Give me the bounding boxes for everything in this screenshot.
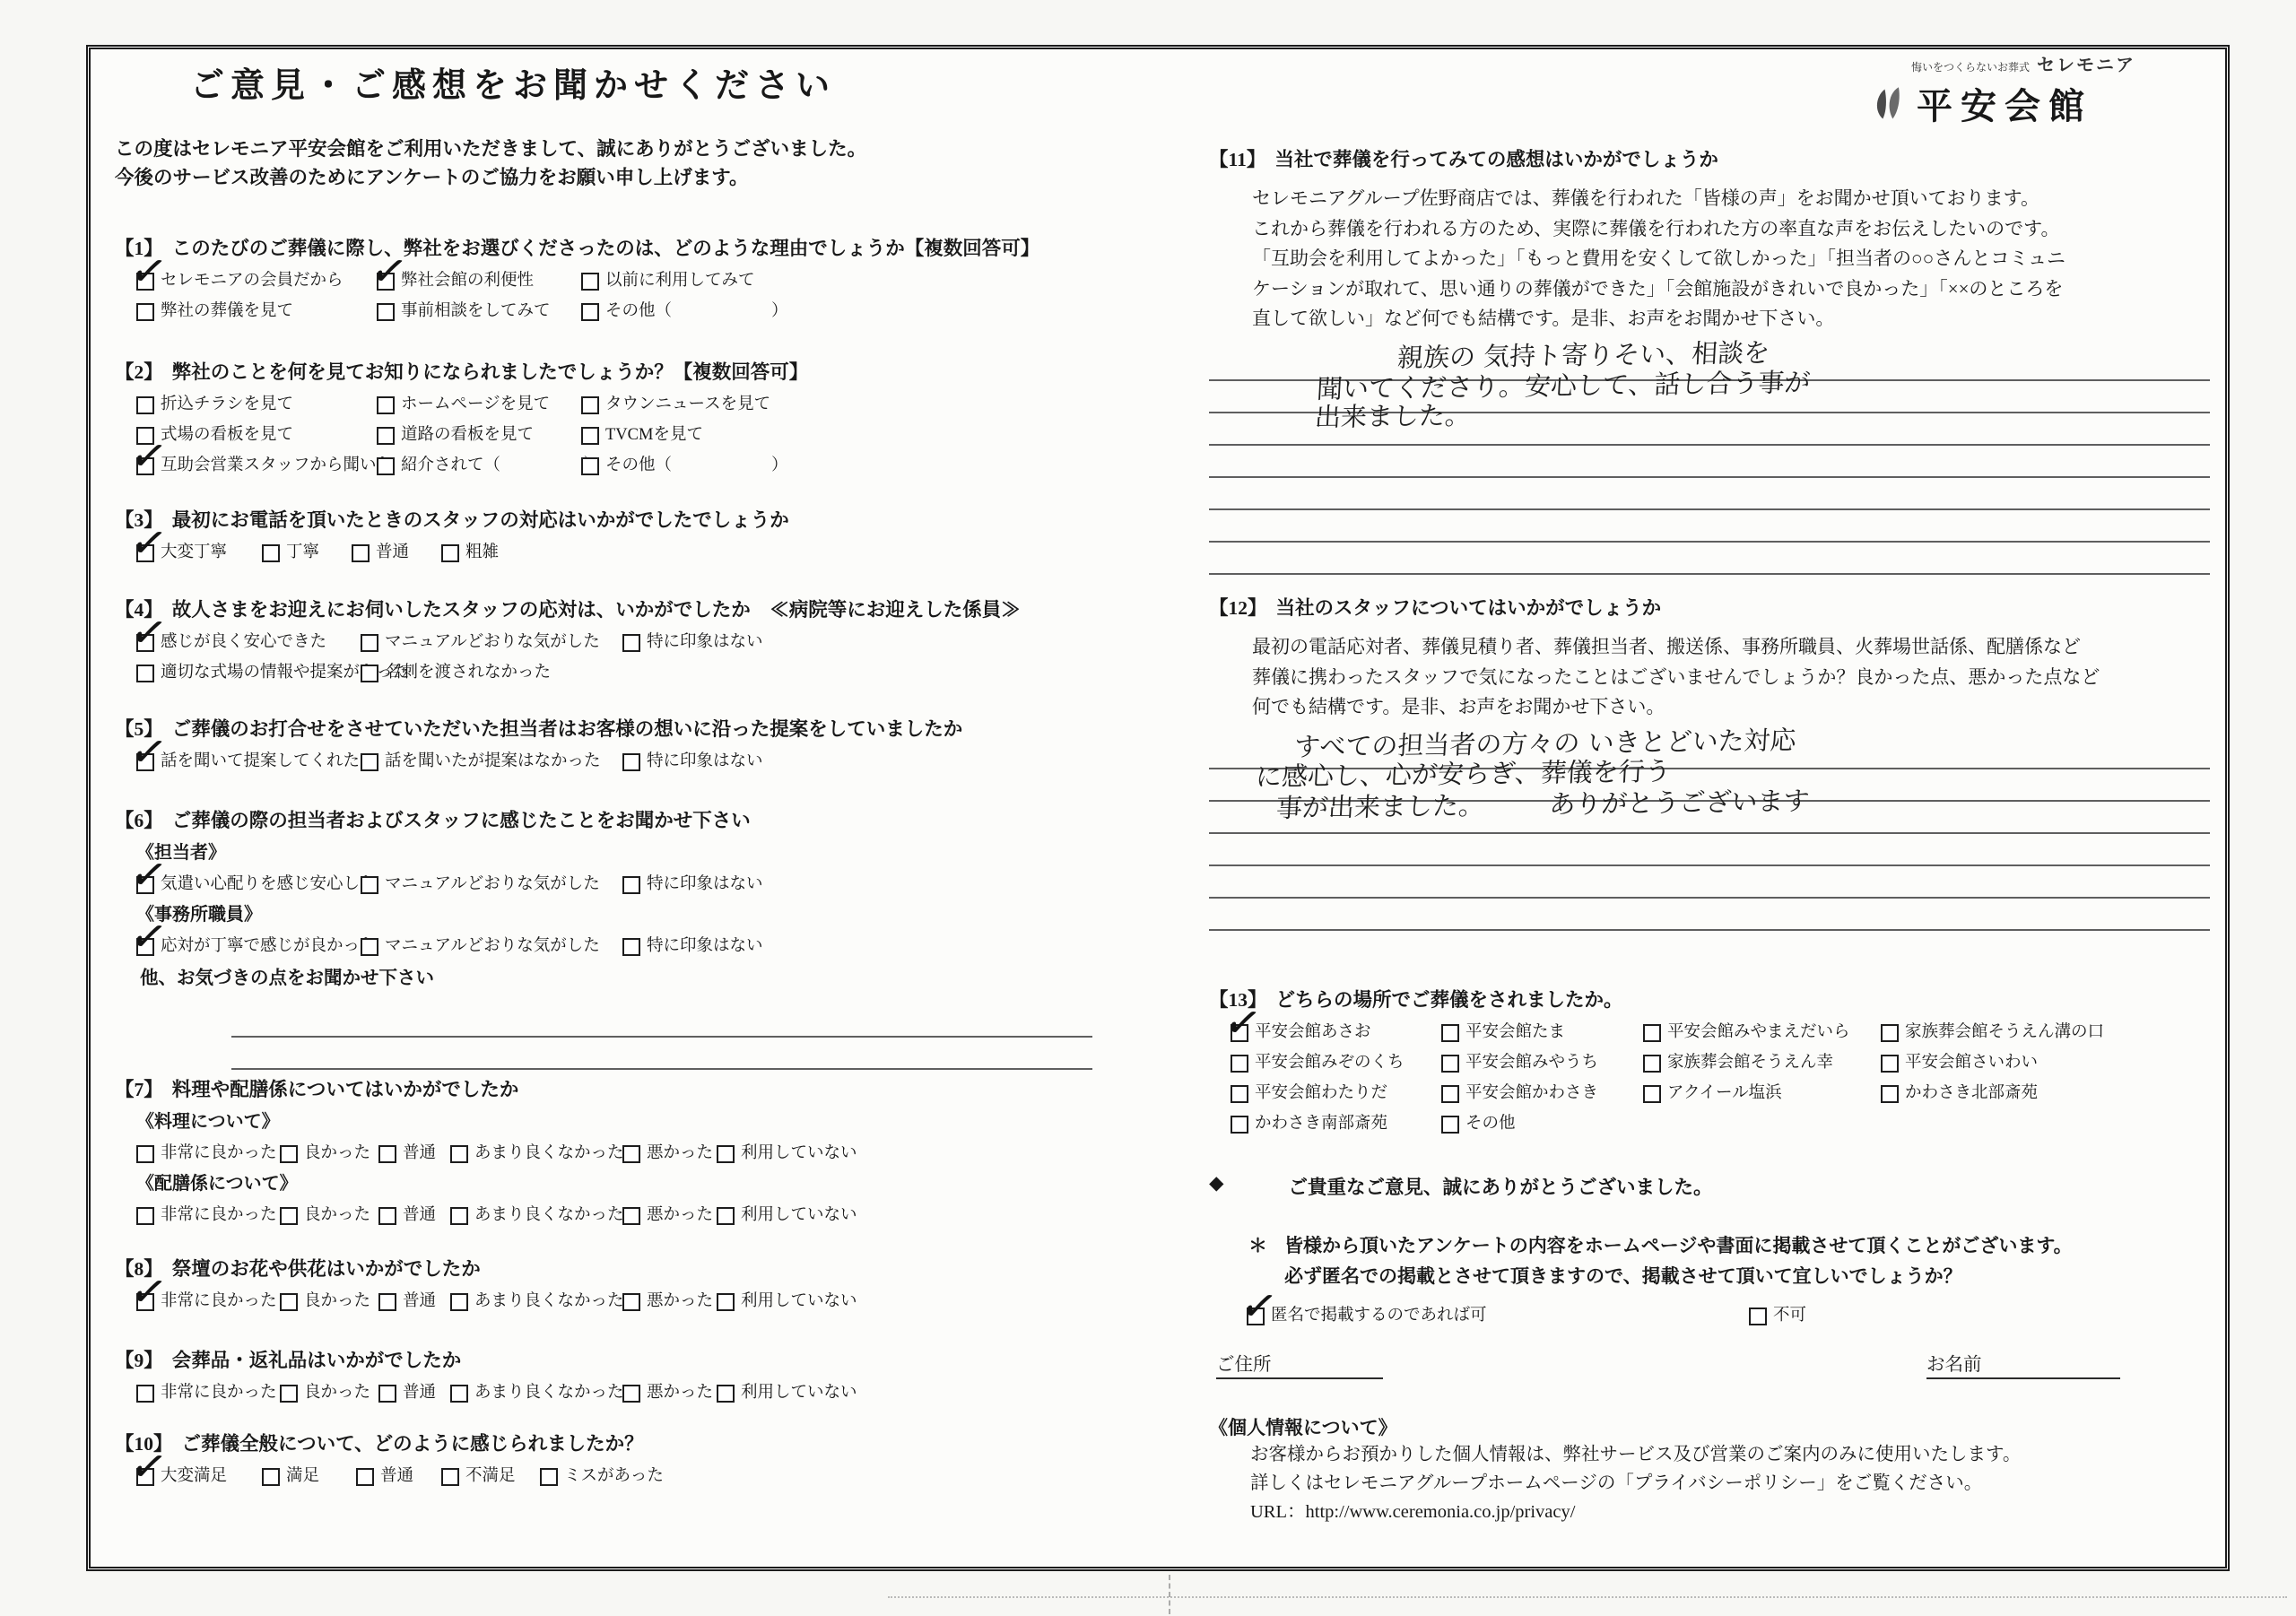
- question-number: 【13】: [1209, 986, 1267, 1013]
- option[interactable]: 非常に良かった: [136, 1203, 280, 1227]
- checkbox[interactable]: [1441, 1055, 1459, 1073]
- checkbox[interactable]: [717, 1293, 735, 1311]
- checkbox[interactable]: [1231, 1116, 1248, 1134]
- checkbox-checked[interactable]: ✓: [377, 273, 395, 291]
- option[interactable]: 良かった: [280, 1203, 378, 1227]
- option[interactable]: 道路の看板を見て: [377, 423, 581, 447]
- option[interactable]: その他（ ）: [581, 300, 832, 323]
- option-label: 家族葬会館そうえん溝の口: [1905, 1021, 2104, 1044]
- description-line: これから葬儀を行われる方のため、実際に葬儀を行われた方の率直な声をお伝えしたいの…: [1252, 214, 2210, 245]
- option-label: 平安会館あさお: [1255, 1021, 1371, 1044]
- option[interactable]: 紹介されて（ ）: [377, 454, 581, 477]
- option[interactable]: あまり良くなかった: [450, 1381, 622, 1404]
- option-checked[interactable]: ✓互助会営業スタッフから聞いた: [136, 454, 377, 477]
- description-line: 直して欲しい」など何でも結構です。是非、お声をお聞かせ下さい。: [1252, 304, 2210, 334]
- option[interactable]: あまり良くなかった: [450, 1203, 622, 1227]
- option-label: あまり良くなかった: [474, 1290, 624, 1313]
- address-field-group: ご住所: [1216, 1349, 1383, 1379]
- checkbox[interactable]: [361, 876, 378, 894]
- brand-name-small: セレモニア: [2037, 56, 2135, 75]
- publish-note-text: 皆様から頂いたアンケートの内容をホームページや書面に掲載させて頂くことがございま…: [1284, 1235, 2073, 1256]
- option-label: 利用していない: [741, 1203, 857, 1227]
- ruled-line[interactable]: [1209, 899, 2210, 931]
- option[interactable]: 良かった: [280, 1142, 378, 1165]
- option[interactable]: その他: [1441, 1112, 1643, 1135]
- option-label: 不可: [1773, 1304, 1806, 1327]
- checkbox[interactable]: [377, 457, 395, 475]
- question-title: 当社のスタッフについてはいかがでしょうか: [1276, 595, 1662, 621]
- description-line: 「互助会を利用してよかった」「もっと費用を安くして欲しかった」「担当者の○○さん…: [1252, 244, 2210, 274]
- checkbox-checked[interactable]: ✓: [136, 1293, 154, 1311]
- option[interactable]: 平安会館みぞのくち: [1231, 1051, 1441, 1074]
- checkbox-checked[interactable]: ✓: [1231, 1024, 1248, 1042]
- option[interactable]: 普通: [378, 1381, 450, 1404]
- option-row: ✓大変満足満足普通不満足ミスがあった: [136, 1464, 1146, 1488]
- checkbox[interactable]: [450, 1385, 468, 1403]
- option-label: 特に印象はない: [647, 873, 763, 896]
- checkbox-checked[interactable]: ✓: [136, 753, 154, 771]
- question-q1: 【1】このたびのご葬儀に際し、弊社をお選びくださったのは、どのような理由でしょう…: [115, 235, 1146, 323]
- option[interactable]: あまり良くなかった: [450, 1290, 622, 1313]
- option[interactable]: 普通: [378, 1290, 450, 1313]
- subheading: 《配膳係について》: [136, 1172, 1146, 1196]
- checkbox[interactable]: [1441, 1024, 1459, 1042]
- option-label: ホームページを見て: [401, 393, 550, 416]
- privacy-heading: 《個人情報について》: [1209, 1413, 2210, 1440]
- option-label: 普通: [376, 541, 409, 564]
- question-title: 故人さまをお迎えにお伺いしたスタッフの応対は、いかがでしたか ≪病院等にお迎えし…: [172, 596, 1021, 623]
- option[interactable]: 事前相談をしてみて: [377, 300, 581, 323]
- checkbox[interactable]: [1231, 1085, 1248, 1103]
- option[interactable]: 式場の看板を見て: [136, 423, 377, 447]
- checkbox[interactable]: [136, 1145, 154, 1163]
- option[interactable]: マニュアルどおりな気がした: [361, 630, 622, 654]
- option[interactable]: 普通: [356, 1464, 441, 1488]
- option[interactable]: ミスがあった: [540, 1464, 701, 1488]
- option[interactable]: 利用していない: [717, 1203, 860, 1227]
- checkbox[interactable]: [622, 1293, 640, 1311]
- checkbox[interactable]: [581, 396, 599, 414]
- option[interactable]: あまり良くなかった: [450, 1142, 622, 1165]
- checkbox[interactable]: [622, 1207, 640, 1225]
- name-field-group: お名前: [1926, 1349, 2120, 1379]
- question-q3: 【3】最初にお電話を頂いたときのスタッフの対応はいかがでしたでしょうか✓大変丁寧…: [115, 507, 1146, 564]
- intro-line: 今後のサービス改善のためにアンケートのご協力をお願い申し上げます。: [115, 163, 866, 192]
- writing-area: [231, 1005, 1092, 1070]
- checkbox[interactable]: [1231, 1055, 1248, 1073]
- question-q13: 【13】どちらの場所でご葬儀をされましたか。✓平安会館あさお平安会館たま平安会館…: [1209, 986, 2210, 1135]
- name-label: お名前: [1926, 1349, 1986, 1379]
- checkbox[interactable]: [377, 396, 395, 414]
- checkbox[interactable]: [356, 1468, 374, 1486]
- option-label: 普通: [380, 1464, 413, 1488]
- checkbox-checked[interactable]: ✓: [1247, 1308, 1265, 1325]
- question-number: 【10】: [115, 1430, 173, 1457]
- asterisk-icon: ＊: [1248, 1230, 1267, 1261]
- checkbox[interactable]: [622, 1385, 640, 1403]
- option-label: 話を聞いたが提案はなかった: [385, 750, 601, 773]
- fold-line: [1169, 1575, 1170, 1614]
- question-title: 祭壇のお花や供花はいかがでしたか: [172, 1255, 481, 1282]
- checkbox[interactable]: [136, 1207, 154, 1225]
- checkbox[interactable]: [441, 1468, 459, 1486]
- checkbox[interactable]: [1749, 1308, 1767, 1325]
- brand-logo: 悔いをつくらないお葬式セレモニア 平安会館: [1870, 50, 2211, 129]
- question-title: 会葬品・返礼品はいかがでしたか: [172, 1347, 462, 1374]
- option[interactable]: マニュアルどおりな気がした: [361, 873, 622, 896]
- checkbox[interactable]: [377, 427, 395, 445]
- option-row: かわさき南部斎苑その他: [1231, 1112, 2210, 1135]
- question-number: 【3】: [115, 507, 163, 534]
- option[interactable]: 平安会館みやまえだいら: [1643, 1021, 1881, 1044]
- checkbox[interactable]: [136, 1385, 154, 1403]
- question-heading: 【10】ご葬儀全般について、どのように感じられましたか？: [115, 1430, 1146, 1457]
- question-description: 最初の電話応対者、葬儀見積り者、葬儀担当者、搬送係、事務所職員、火葬場世話係、配…: [1252, 632, 2210, 723]
- privacy-line: 詳しくはセレモニアグループホームページの「プライバシーポリシー」をご覧ください。: [1250, 1469, 2210, 1498]
- checkbox[interactable]: [622, 876, 640, 894]
- option-label: アクイール塩浜: [1667, 1082, 1782, 1105]
- option-label: 良かった: [304, 1203, 370, 1227]
- brand-hall-name: 平安会館: [1917, 78, 2092, 129]
- ruled-line[interactable]: [1209, 834, 2210, 866]
- leaf-crest-icon: [1870, 84, 1909, 124]
- handwriting-line: すべての担当者の方々の いきとどいた対応: [1293, 725, 1796, 762]
- option-row: 非常に良かった良かった普通あまり良くなかった悪かった利用していない: [136, 1381, 1146, 1404]
- option-label: 平安会館さいわい: [1905, 1051, 2038, 1074]
- ruled-line[interactable]: [1209, 543, 2210, 575]
- checkbox[interactable]: [450, 1145, 468, 1163]
- name-input-line[interactable]: [1986, 1354, 2120, 1379]
- question-heading: 【3】最初にお電話を頂いたときのスタッフの対応はいかがでしたでしょうか: [115, 507, 1146, 534]
- option[interactable]: 不満足: [441, 1464, 540, 1488]
- option[interactable]: 家族葬会館そうえん幸: [1643, 1051, 1881, 1074]
- option[interactable]: 非常に良かった: [136, 1142, 280, 1165]
- question-title: ご葬儀全般について、どのように感じられましたか？: [182, 1430, 644, 1457]
- checkbox-checked[interactable]: ✓: [136, 457, 154, 475]
- option-label: 気遣い心配りを感じ安心した: [161, 873, 377, 896]
- description-line: 最初の電話応対者、葬儀見積り者、葬儀担当者、搬送係、事務所職員、火葬場世話係、配…: [1252, 632, 2210, 663]
- writing-area: すべての担当者の方々の いきとどいた対応に感心し、心が安らぎ、葬儀を行う事が出来…: [1209, 737, 2210, 931]
- ruled-line[interactable]: [1209, 478, 2210, 510]
- ruled-line[interactable]: [1209, 446, 2210, 478]
- checkbox[interactable]: [581, 273, 599, 291]
- option[interactable]: 満足: [262, 1464, 356, 1488]
- option-row: 平安会館みぞのくち平安会館みやうち家族葬会館そうえん幸平安会館さいわい: [1231, 1051, 2210, 1074]
- checkbox[interactable]: [1881, 1055, 1899, 1073]
- checkbox[interactable]: [378, 1145, 396, 1163]
- checkbox[interactable]: [136, 303, 154, 321]
- option-anonymous-ok[interactable]: ✓ 匿名で掲載するのであれば可: [1247, 1304, 1749, 1327]
- checkbox[interactable]: [378, 1293, 396, 1311]
- address-input-line[interactable]: [1275, 1354, 1383, 1379]
- checkbox[interactable]: [622, 753, 640, 771]
- checkbox-checked[interactable]: ✓: [136, 273, 154, 291]
- option[interactable]: TVCMを見て: [581, 423, 832, 447]
- checkbox[interactable]: [1441, 1116, 1459, 1134]
- question-title: ご葬儀のお打合せをさせていただいた担当者はお客様の想いに沿った提案をしていました…: [172, 716, 963, 743]
- option-label: 感じが良く安心できた: [161, 630, 326, 654]
- option[interactable]: 平安会館たま: [1441, 1021, 1643, 1044]
- question-q2: 【2】弊社のことを何を見てお知りになられましたでしょうか？【複数回答可】折込チラ…: [115, 359, 1146, 477]
- checkbox[interactable]: [1881, 1085, 1899, 1103]
- option[interactable]: 利用していない: [717, 1142, 860, 1165]
- option[interactable]: 特に印象はない: [622, 873, 820, 896]
- option-label: 弊社会館の利便性: [401, 269, 534, 292]
- option[interactable]: 良かった: [280, 1381, 378, 1404]
- option-row: 非常に良かった良かった普通あまり良くなかった悪かった利用していない: [136, 1142, 1146, 1165]
- question-q12: 【12】当社のスタッフについてはいかがでしょうか最初の電話応対者、葬儀見積り者、…: [1209, 595, 2210, 931]
- checkbox[interactable]: [717, 1207, 735, 1225]
- option-checked[interactable]: ✓平安会館あさお: [1231, 1021, 1441, 1044]
- option[interactable]: 悪かった: [622, 1290, 717, 1313]
- checkbox[interactable]: [280, 1145, 298, 1163]
- address-label: ご住所: [1216, 1349, 1275, 1379]
- option-checked[interactable]: ✓応対が丁寧で感じが良かった: [136, 934, 361, 958]
- checkbox[interactable]: [1881, 1024, 1899, 1042]
- question-number: 【7】: [115, 1076, 163, 1103]
- option[interactable]: 普通: [378, 1203, 450, 1227]
- option-label: セレモニアの会員だから: [161, 269, 344, 292]
- option-label: あまり良くなかった: [474, 1203, 624, 1227]
- ruled-line[interactable]: [1209, 510, 2210, 543]
- option-label: 式場の看板を見て: [161, 423, 293, 447]
- question-title: 料理や配膳係についてはいかがでしたか: [172, 1076, 519, 1103]
- option[interactable]: 特に印象はない: [622, 630, 820, 654]
- option[interactable]: 以前に利用してみて: [581, 269, 832, 292]
- option[interactable]: 特に印象はない: [622, 934, 820, 958]
- option[interactable]: かわさき南部斎苑: [1231, 1112, 1441, 1135]
- checkbox-checked[interactable]: ✓: [136, 544, 154, 562]
- option[interactable]: 利用していない: [717, 1290, 860, 1313]
- option[interactable]: 平安会館さいわい: [1881, 1051, 2186, 1074]
- option[interactable]: 適切な式場の情報や提案があった: [136, 661, 361, 684]
- checkbox[interactable]: [280, 1293, 298, 1311]
- option[interactable]: 悪かった: [622, 1381, 717, 1404]
- option[interactable]: 名刺を渡されなかった: [361, 661, 622, 684]
- option[interactable]: 普通: [352, 541, 441, 564]
- option[interactable]: 粗雑: [441, 541, 540, 564]
- question-heading: 【2】弊社のことを何を見てお知りになられましたでしょうか？【複数回答可】: [115, 359, 1146, 386]
- free-comment-prompt: 他、お気づきの点をお聞かせ下さい: [140, 967, 1146, 991]
- checkbox[interactable]: [352, 544, 370, 562]
- option-label: 特に印象はない: [647, 750, 763, 773]
- option-label: その他（ ）: [605, 300, 788, 323]
- option[interactable]: その他（ ）: [581, 454, 832, 477]
- option-checked[interactable]: ✓大変丁寧: [136, 541, 262, 564]
- checkbox[interactable]: [1643, 1085, 1661, 1103]
- question-heading: 【13】どちらの場所でご葬儀をされましたか。: [1209, 986, 2210, 1013]
- option-label: 良かった: [304, 1381, 370, 1404]
- checkbox[interactable]: [717, 1385, 735, 1403]
- question-heading: 【12】当社のスタッフについてはいかがでしょうか: [1209, 595, 2210, 621]
- option-row: 式場の看板を見て道路の看板を見てTVCMを見て: [136, 423, 1146, 447]
- checkbox[interactable]: [136, 427, 154, 445]
- question-title: 当社で葬儀を行ってみての感想はいかがでしょうか: [1274, 146, 1718, 173]
- subheading: 《事務所職員》: [136, 903, 1146, 927]
- checkbox[interactable]: [361, 938, 378, 956]
- checkbox[interactable]: [1441, 1085, 1459, 1103]
- option-row: 適切な式場の情報や提案があった名刺を渡されなかった: [136, 661, 1146, 684]
- question-number: 【11】: [1209, 146, 1265, 173]
- checkbox[interactable]: [441, 544, 459, 562]
- checkbox-checked[interactable]: ✓: [136, 938, 154, 956]
- option[interactable]: 平安会館わたりだ: [1231, 1082, 1441, 1105]
- option-label: 大変丁寧: [161, 541, 227, 564]
- checkbox[interactable]: [136, 665, 154, 682]
- publish-consent-block: ＊ 皆様から頂いたアンケートの内容をホームページや書面に掲載させて頂くことがござ…: [1209, 1230, 2210, 1327]
- checkbox[interactable]: [280, 1385, 298, 1403]
- option-label: 話を聞いて提案してくれた: [161, 750, 360, 773]
- ruled-line[interactable]: [1209, 866, 2210, 899]
- option-label: 平安会館みやまえだいら: [1667, 1021, 1850, 1044]
- question-number: 【6】: [115, 807, 163, 834]
- option-label: あまり良くなかった: [474, 1142, 624, 1165]
- checkbox[interactable]: [581, 427, 599, 445]
- option-label: 悪かった: [647, 1290, 713, 1313]
- option[interactable]: マニュアルどおりな気がした: [361, 934, 622, 958]
- option[interactable]: タウンニュースを見て: [581, 393, 832, 416]
- option[interactable]: 特に印象はない: [622, 750, 820, 773]
- option-label: 悪かった: [647, 1203, 713, 1227]
- question-number: 【9】: [115, 1347, 163, 1374]
- option[interactable]: かわさき北部斎苑: [1881, 1082, 2186, 1105]
- option-row: 折込チラシを見てホームページを見てタウンニュースを見て: [136, 393, 1146, 416]
- checkbox[interactable]: [622, 938, 640, 956]
- question-q8: 【8】祭壇のお花や供花はいかがでしたか✓非常に良かった良かった普通あまり良くなか…: [115, 1255, 1146, 1313]
- publish-consent-options: ✓ 匿名で掲載するのであれば可 不可: [1247, 1304, 2210, 1327]
- option-row: 平安会館わたりだ平安会館かわさきアクイール塩浜かわさき北部斎苑: [1231, 1082, 2210, 1105]
- checkbox[interactable]: [581, 303, 599, 321]
- description-line: ケーションが取れて、思い通りの葬儀ができた」「会館施設がきれいで良かった」「××…: [1252, 274, 2210, 305]
- checkbox[interactable]: [581, 457, 599, 475]
- option[interactable]: 丁寧: [262, 541, 352, 564]
- option-row: ✓互助会営業スタッフから聞いた紹介されて（ ）その他（ ）: [136, 454, 1146, 477]
- option-label: 道路の看板を見て: [401, 423, 534, 447]
- option-label: 粗雑: [465, 541, 499, 564]
- option-row: ✓気遣い心配りを感じ安心したマニュアルどおりな気がした特に印象はない: [136, 873, 1146, 896]
- option[interactable]: 家族葬会館そうえん溝の口: [1881, 1021, 2186, 1044]
- checkbox[interactable]: [262, 544, 280, 562]
- option-checked[interactable]: ✓非常に良かった: [136, 1290, 280, 1313]
- diamond-bullet-icon: ◆: [1209, 1172, 1224, 1200]
- checkbox[interactable]: [280, 1207, 298, 1225]
- option-checked[interactable]: ✓感じが良く安心できた: [136, 630, 361, 654]
- option-row: 非常に良かった良かった普通あまり良くなかった悪かった利用していない: [136, 1203, 1146, 1227]
- checkbox[interactable]: [262, 1468, 280, 1486]
- option-label: 丁寧: [286, 541, 319, 564]
- option[interactable]: 普通: [378, 1142, 450, 1165]
- option[interactable]: 弊社の葬儀を見て: [136, 300, 377, 323]
- question-description: セレモニアグループ佐野商店では、葬儀を行われた「皆様の声」をお聞かせ頂いておりま…: [1252, 184, 2210, 334]
- option[interactable]: アクイール塩浜: [1643, 1082, 1881, 1105]
- option[interactable]: 悪かった: [622, 1203, 717, 1227]
- writing-area: 親族の 気持ト寄りそい、相談を聞いてくださり。安心して、話し合う事が出来ました。: [1209, 349, 2210, 575]
- option-checked[interactable]: ✓気遣い心配りを感じ安心した: [136, 873, 361, 896]
- option-label: タウンニュースを見て: [605, 393, 770, 416]
- option-label: 非常に良かった: [161, 1290, 277, 1313]
- ruled-line[interactable]: [231, 1005, 1092, 1038]
- checkbox[interactable]: [136, 396, 154, 414]
- option[interactable]: 利用していない: [717, 1381, 860, 1404]
- option-label: 平安会館かわさき: [1465, 1082, 1598, 1105]
- checkbox[interactable]: [540, 1468, 558, 1486]
- option-label: あまり良くなかった: [474, 1381, 624, 1404]
- option[interactable]: 悪かった: [622, 1142, 717, 1165]
- checkbox[interactable]: [1643, 1024, 1661, 1042]
- question-heading: 【4】故人さまをお迎えにお伺いしたスタッフの応対は、いかがでしたか ≪病院等にお…: [115, 596, 1146, 623]
- checkbox[interactable]: [622, 634, 640, 652]
- option[interactable]: 話を聞いたが提案はなかった: [361, 750, 622, 773]
- question-title: このたびのご葬儀に際し、弊社をお選びくださったのは、どのような理由でしょうか【複…: [172, 235, 1040, 262]
- checkbox[interactable]: [361, 665, 378, 682]
- thanks-text: ご貴重なご意見、誠にありがとうございました。: [1289, 1172, 1713, 1200]
- option-label: 普通: [403, 1203, 436, 1227]
- handwriting-line: に感心し、心が安らぎ、葬儀を行う: [1255, 755, 1672, 791]
- question-number: 【1】: [115, 235, 163, 262]
- question-title: どちらの場所でご葬儀をされましたか。: [1276, 986, 1623, 1013]
- option-checked[interactable]: ✓大変満足: [136, 1464, 262, 1488]
- checkbox[interactable]: [361, 753, 378, 771]
- question-q7: 【7】料理や配膳係についてはいかがでしたか《料理について》非常に良かった良かった…: [115, 1076, 1146, 1227]
- option-label: 普通: [403, 1290, 436, 1313]
- option-checked[interactable]: ✓話を聞いて提案してくれた: [136, 750, 361, 773]
- checkbox[interactable]: [450, 1293, 468, 1311]
- option[interactable]: 折込チラシを見て: [136, 393, 377, 416]
- question-q11: 【11】当社で葬儀を行ってみての感想はいかがでしょうかセレモニアグループ佐野商店…: [1209, 146, 2210, 575]
- option-label: 利用していない: [741, 1142, 857, 1165]
- option-label: 平安会館みぞのくち: [1255, 1051, 1405, 1074]
- ruled-line[interactable]: [231, 1038, 1092, 1070]
- option[interactable]: 良かった: [280, 1290, 378, 1313]
- checkbox[interactable]: [450, 1207, 468, 1225]
- checkbox[interactable]: [622, 1145, 640, 1163]
- option[interactable]: 平安会館かわさき: [1441, 1082, 1643, 1105]
- option-label: 非常に良かった: [161, 1142, 277, 1165]
- handwriting-line: 出来ました。: [1314, 399, 1472, 431]
- option-row: ✓話を聞いて提案してくれた話を聞いたが提案はなかった特に印象はない: [136, 750, 1146, 773]
- page-title: ご意見・ご感想をお聞かせください: [190, 57, 836, 107]
- checkbox[interactable]: [717, 1145, 735, 1163]
- option-label: 満足: [286, 1464, 319, 1488]
- question-heading: 【7】料理や配膳係についてはいかがでしたか: [115, 1076, 1146, 1103]
- privacy-block: 《個人情報について》 お客様からお預かりした個人情報は、弊社サービス及び営業のご…: [1209, 1413, 2210, 1526]
- option-label: 悪かった: [647, 1142, 713, 1165]
- scan-artifact-dotted-line: [888, 1596, 2287, 1598]
- question-heading: 【5】ご葬儀のお打合せをさせていただいた担当者はお客様の想いに沿った提案をしてい…: [115, 716, 1146, 743]
- checkbox[interactable]: [378, 1385, 396, 1403]
- checkbox-checked[interactable]: ✓: [136, 1468, 154, 1486]
- checkbox[interactable]: [361, 634, 378, 652]
- option-not-allowed[interactable]: 不可: [1749, 1304, 1928, 1327]
- checkbox[interactable]: [377, 303, 395, 321]
- option-label: 特に印象はない: [647, 934, 763, 958]
- option[interactable]: 平安会館みやうち: [1441, 1051, 1643, 1074]
- thanks-note: ◆ ご貴重なご意見、誠にありがとうございました。: [1209, 1172, 1713, 1200]
- option-checked[interactable]: ✓弊社会館の利便性: [377, 269, 581, 292]
- option[interactable]: 非常に良かった: [136, 1381, 280, 1404]
- option-checked[interactable]: ✓セレモニアの会員だから: [136, 269, 377, 292]
- question-heading: 【9】会葬品・返礼品はいかがでしたか: [115, 1347, 1146, 1374]
- option-row: 弊社の葬儀を見て事前相談をしてみてその他（ ）: [136, 300, 1146, 323]
- checkbox-checked[interactable]: ✓: [136, 634, 154, 652]
- option-label: 以前に利用してみて: [605, 269, 755, 292]
- option[interactable]: ホームページを見て: [377, 393, 581, 416]
- checkbox[interactable]: [1643, 1055, 1661, 1073]
- option-label: その他: [1465, 1112, 1516, 1135]
- checkbox-checked[interactable]: ✓: [136, 876, 154, 894]
- checkbox[interactable]: [378, 1207, 396, 1225]
- option-row: ✓セレモニアの会員だから✓弊社会館の利便性以前に利用してみて: [136, 269, 1146, 292]
